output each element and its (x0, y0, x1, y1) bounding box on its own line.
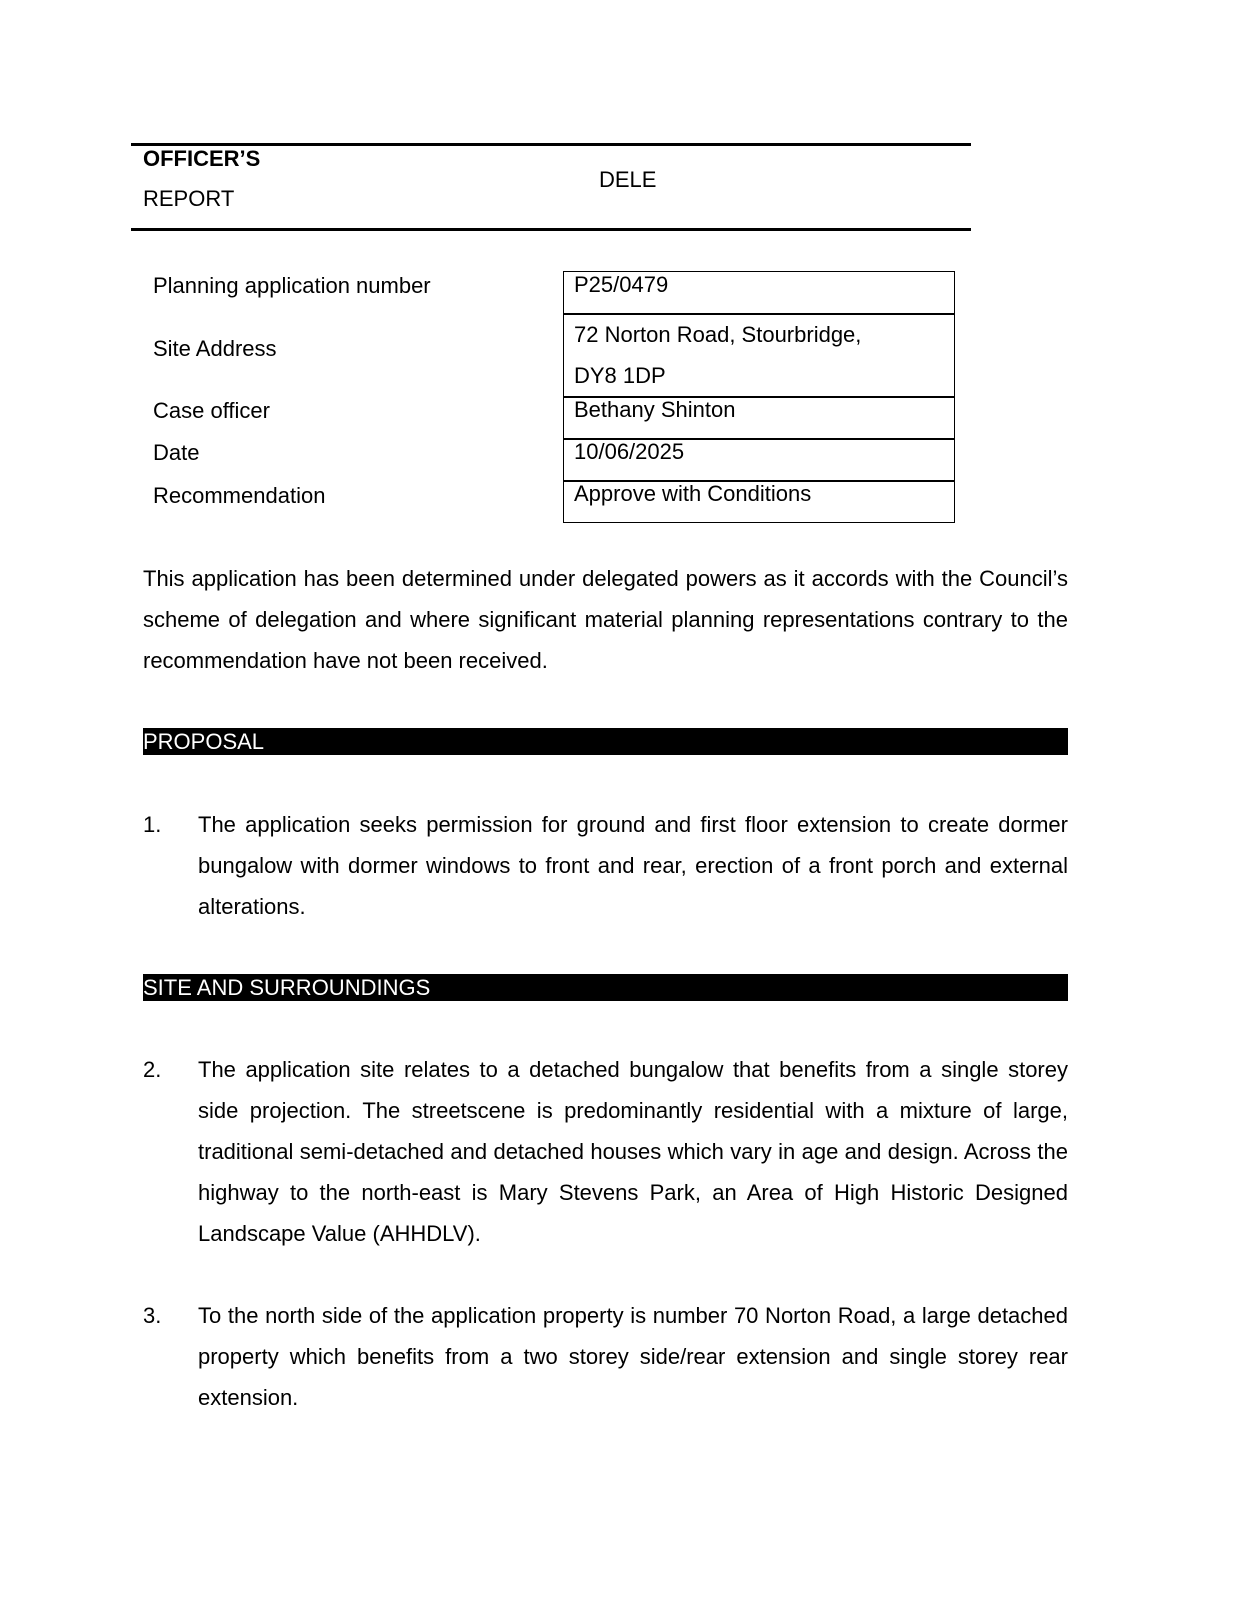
detail-value-line: DY8 1DP (574, 355, 954, 396)
paragraph-number: 1. (143, 804, 161, 845)
intro-paragraph: This application has been determined und… (143, 558, 1068, 681)
section-heading-site-and-surroundings: SITE AND SURROUNDINGS (143, 974, 1068, 1001)
report-subtitle: REPORT (143, 186, 234, 212)
paragraph-text: The application seeks permission for gro… (198, 804, 1068, 927)
detail-value-line: P25/0479 (574, 272, 954, 298)
detail-value-line: 72 Norton Road, Stourbridge, (574, 314, 954, 355)
detail-label-case-officer: Case officer (153, 398, 270, 424)
detail-label-site-address: Site Address (153, 336, 277, 362)
report-title: OFFICER’S (143, 146, 260, 172)
detail-value-line: 10/06/2025 (574, 439, 954, 465)
report-type: DELE (599, 167, 656, 193)
paragraph-number: 2. (143, 1049, 161, 1090)
paragraph-text: The application site relates to a detach… (198, 1049, 1068, 1254)
detail-label-date: Date (153, 440, 199, 466)
numbered-paragraph: 1. The application seeks permission for … (143, 804, 1068, 927)
header-bottom-rule (131, 228, 971, 231)
detail-value-recommendation: Approve with Conditions (563, 480, 955, 523)
detail-value-line: Bethany Shinton (574, 397, 954, 423)
detail-value-date: 10/06/2025 (563, 438, 955, 482)
detail-value-case-officer: Bethany Shinton (563, 396, 955, 440)
numbered-paragraph: 3. To the north side of the application … (143, 1295, 1068, 1418)
paragraph-text: To the north side of the application pro… (198, 1295, 1068, 1418)
detail-value-line: Approve with Conditions (574, 481, 954, 507)
detail-label-recommendation: Recommendation (153, 483, 325, 509)
detail-label-application-number: Planning application number (153, 273, 431, 299)
paragraph-number: 3. (143, 1295, 161, 1336)
detail-value-application-number: P25/0479 (563, 271, 955, 315)
section-heading-proposal: PROPOSAL (143, 728, 1068, 755)
numbered-paragraph: 2. The application site relates to a det… (143, 1049, 1068, 1254)
detail-value-site-address: 72 Norton Road, Stourbridge, DY8 1DP (563, 313, 955, 398)
